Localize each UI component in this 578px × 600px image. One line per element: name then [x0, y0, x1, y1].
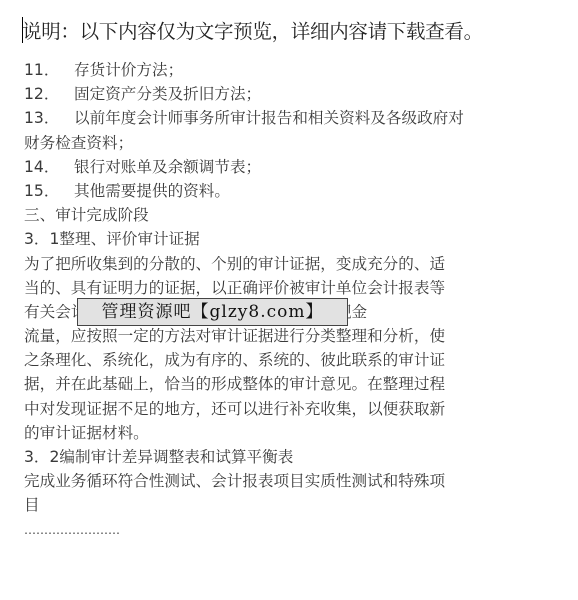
preview-notice: 说明：以下内容仅为文字预览，详细内容请下载查看。 [22, 16, 483, 44]
subsection-heading: 3．2编制审计差异调整表和试算平衡表 [24, 445, 554, 469]
list-item: 14．银行对账单及余额调节表； [24, 155, 554, 179]
paragraph-line: 当的、具有证明力的证据，以正确评价被审计单位会计报表等 [24, 276, 554, 300]
subsection-heading: 3．1整理、评价审计证据 [24, 227, 554, 251]
paragraph-line: 目 [24, 493, 554, 517]
list-item: 15．其他需要提供的资料。 [24, 179, 554, 203]
paragraph-line: 为了把所收集到的分散的、个别的审计证据，变成充分的、适 [24, 252, 554, 276]
paragraph-line: 的审计证据材料。 [24, 421, 554, 445]
list-item: 13．以前年度会计师事务所审计报告和相关资料及各级政府对 [24, 106, 554, 130]
paragraph-line: 据，并在此基础上，恰当的形成整体的审计意见。在整理过程 [24, 372, 554, 396]
list-item: 12．固定资产分类及折旧方法； [24, 82, 554, 106]
section-heading: 三、审计完成阶段 [24, 203, 554, 227]
paragraph-line: 之条理化、系统化，成为有序的、系统的、彼此联系的审计证 [24, 348, 554, 372]
paragraph-line: 中对发现证据不足的地方，还可以进行补充收集，以便获取新 [24, 397, 554, 421]
paragraph-line: 完成业务循环符合性测试、会计报表项目实质性测试和特殊项 [24, 469, 554, 493]
list-item-continuation: 财务检查资料； [24, 131, 554, 155]
ellipsis: …………………… [24, 518, 554, 542]
paragraph-line: 流量，应按照一定的方法对审计证据进行分类整理和分析，使 [24, 324, 554, 348]
watermark-banner: 管理资源吧【glzy8.com】 [77, 298, 348, 326]
list-item: 11．存货计价方法； [24, 58, 554, 82]
